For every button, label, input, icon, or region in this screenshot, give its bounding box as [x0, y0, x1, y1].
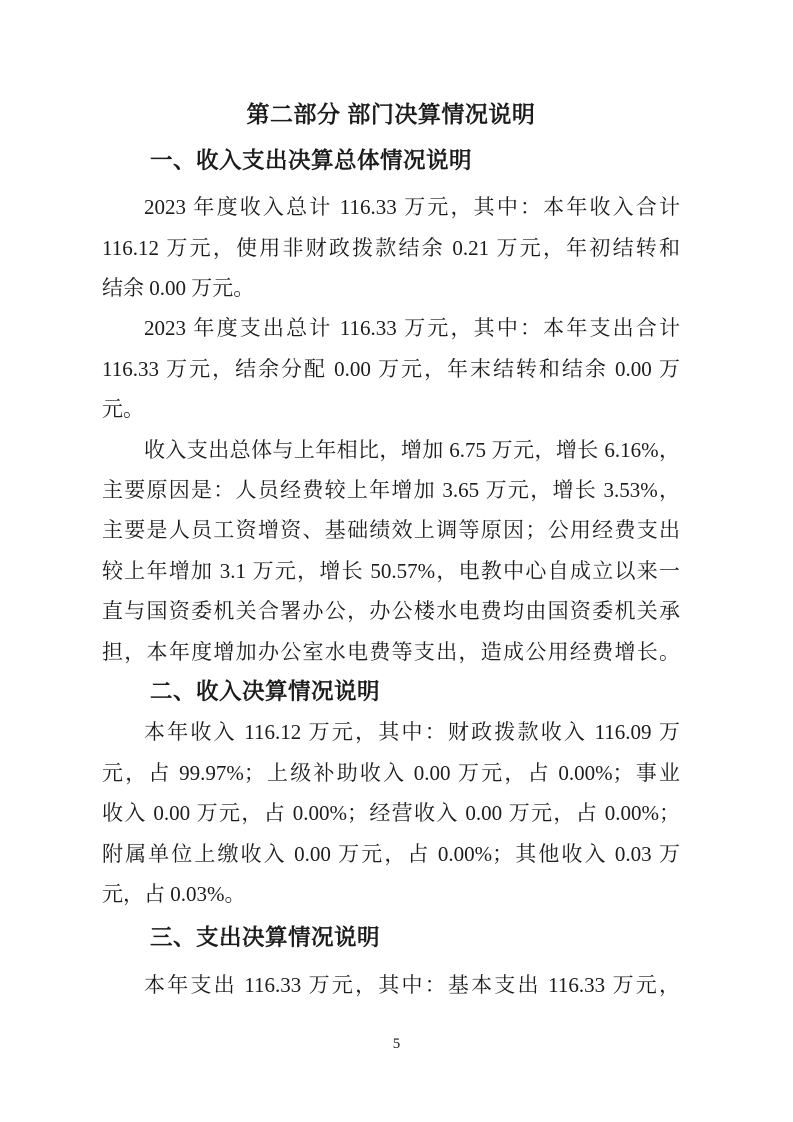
text-line: 2023 年度支出总计 116.33 万元，其中：本年支出合计 — [102, 308, 680, 348]
paragraph: 本年收入 116.12 万元，其中：财政拨款收入 116.09 万 元，占 99… — [102, 712, 680, 914]
text-line: 主要原因是：人员经费较上年增加 3.65 万元，增长 3.53%， — [102, 470, 680, 510]
text-line: 元，占 99.97%；上级补助收入 0.00 万元，占 0.00%；事业 — [102, 753, 680, 793]
text-line: 本年支出 116.33 万元，其中：基本支出 116.33 万元， — [102, 965, 680, 1005]
text-line: 本年收入 116.12 万元，其中：财政拨款收入 116.09 万 — [102, 712, 680, 752]
section-heading-income: 二、收入决算情况说明 — [102, 672, 680, 712]
paragraph: 收入支出总体与上年相比，增加 6.75 万元，增长 6.16%， 主要原因是：人… — [102, 430, 680, 672]
text-line: 较上年增加 3.1 万元，增长 50.57%，电教中心自成立以来一 — [102, 551, 680, 591]
section-heading-expenditure: 三、支出决算情况说明 — [102, 918, 680, 958]
text-line: 直与国资委机关合署办公，办公楼水电费均由国资委机关承 — [102, 591, 680, 631]
text-line: 收入 0.00 万元，占 0.00%；经营收入 0.00 万元，占 0.00%； — [102, 793, 680, 833]
text-line: 元，占 0.03%。 — [102, 874, 680, 914]
text-line: 结余 0.00 万元。 — [102, 268, 680, 308]
text-line: 收入支出总体与上年相比，增加 6.75 万元，增长 6.16%， — [102, 430, 680, 470]
paragraph: 本年支出 116.33 万元，其中：基本支出 116.33 万元， — [102, 965, 680, 1005]
paragraph: 2023 年度支出总计 116.33 万元，其中：本年支出合计 116.33 万… — [102, 308, 680, 429]
section-heading-income-expenditure-overall: 一、收入支出决算总体情况说明 — [102, 141, 680, 181]
text-line: 附属单位上缴收入 0.00 万元，占 0.00%；其他收入 0.03 万 — [102, 834, 680, 874]
page-title: 第二部分 部门决算情况说明 — [102, 94, 680, 134]
text-line: 2023 年度收入总计 116.33 万元，其中：本年收入合计 — [102, 187, 680, 227]
text-line: 元。 — [102, 389, 680, 429]
document-page: 第二部分 部门决算情况说明 一、收入支出决算总体情况说明 2023 年度收入总计… — [0, 0, 793, 1122]
paragraph: 2023 年度收入总计 116.33 万元，其中：本年收入合计 116.12 万… — [102, 187, 680, 308]
text-line: 主要是人员工资增资、基础绩效上调等原因；公用经费支出 — [102, 510, 680, 550]
text-line: 116.12 万元，使用非财政拨款结余 0.21 万元，年初结转和 — [102, 228, 680, 268]
text-line: 担，本年度增加办公室水电费等支出，造成公用经费增长。 — [102, 632, 680, 672]
page-number: 5 — [0, 1034, 793, 1054]
text-line: 116.33 万元，结余分配 0.00 万元，年末结转和结余 0.00 万 — [102, 349, 680, 389]
document-content: 第二部分 部门决算情况说明 一、收入支出决算总体情况说明 2023 年度收入总计… — [102, 94, 680, 1005]
